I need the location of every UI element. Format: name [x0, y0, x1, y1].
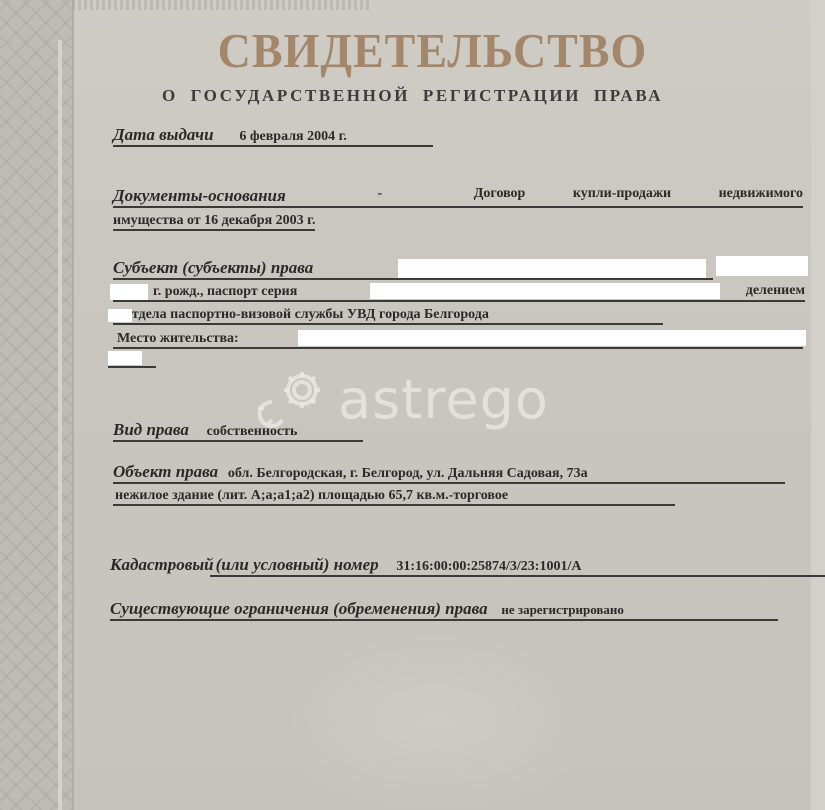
base-documents-row: Документы-основания - Договор купли-прод…	[113, 186, 803, 208]
encumbrances-row: Существующие ограничения (обременения) п…	[110, 599, 778, 621]
base-documents-label: Документы-основания	[113, 186, 286, 206]
redacted-residence-2	[108, 351, 142, 365]
subjects-label: Субъект (субъекты) права	[113, 258, 313, 277]
object-row-2: нежилое здание (лит. А;а;а1;а2) площадью…	[113, 487, 675, 506]
object-value-line1: обл. Белгородская, г. Белгород, ул. Даль…	[228, 466, 588, 481]
certificate-page: СВИДЕТЕЛЬСТВО О ГОСУДАРСТВЕННОЙ РЕГИСТРА…	[0, 0, 825, 810]
encumbrances-label: Существующие ограничения (обременения) п…	[110, 599, 488, 618]
subjects-issuer-text: отдела паспортно-визовой службы УВД горо…	[125, 307, 489, 322]
document-subtitle: О ГОСУДАРСТВЕННОЙ РЕГИСТРАЦИИ ПРАВА	[162, 86, 663, 106]
redacted-birth-year	[110, 284, 148, 300]
object-row: Объект права обл. Белгородская, г. Белго…	[113, 462, 785, 484]
base-documents-value-line2: имущества от 16 декабря 2003 г.	[113, 213, 315, 228]
issue-date-label: Дата выдачи	[113, 125, 214, 144]
document-title: СВИДЕТЕЛЬСТВО	[0, 23, 825, 79]
issue-date-value: 6 февраля 2004 г.	[239, 129, 347, 144]
emblem-watermark	[270, 630, 600, 810]
right-type-row: Вид права собственность	[113, 420, 363, 442]
page-edge	[811, 0, 825, 810]
right-type-label: Вид права	[113, 420, 189, 439]
redacted-issuer-prefix	[108, 309, 132, 322]
object-value-line2: нежилое здание (лит. А;а;а1;а2) площадью…	[115, 488, 508, 503]
encumbrances-value: не зарегистрировано	[501, 602, 624, 617]
object-label: Объект права	[113, 462, 218, 481]
base-documents-row-2: имущества от 16 декабря 2003 г.	[113, 212, 315, 231]
redacted-residence	[298, 330, 806, 346]
cadastral-label: Кадастровый	[110, 555, 214, 574]
redacted-passport	[370, 283, 720, 299]
cadastral-value: 31:16:00:00:25874/3/23:1001/А	[396, 559, 581, 574]
issue-date-row: Дата выдачи 6 февраля 2004 г.	[113, 125, 433, 147]
cadastral-row: Кадастровый (или условный) номер 31:16:0…	[110, 555, 825, 577]
redacted-subject-name	[398, 259, 706, 278]
residence-underline	[108, 366, 156, 368]
right-type-value: собственность	[207, 424, 298, 439]
subjects-birth-text: г. рожд., паспорт серия	[153, 284, 297, 299]
subjects-row-3: отдела паспортно-визовой службы УВД горо…	[113, 306, 663, 325]
residence-label: Место жительства:	[117, 331, 239, 346]
watermark-text: astrego	[338, 368, 549, 431]
base-documents-value-line1: Договор купли-продажи недвижимого	[474, 186, 803, 206]
decorative-border-top	[72, 0, 372, 10]
subjects-issued-suffix: делением	[746, 283, 805, 299]
redacted-subject-name-2	[716, 256, 808, 276]
cadastral-label-underlined: (или условный) номер	[216, 555, 379, 574]
decorative-border-left	[0, 0, 74, 810]
base-documents-separator: -	[377, 186, 382, 206]
